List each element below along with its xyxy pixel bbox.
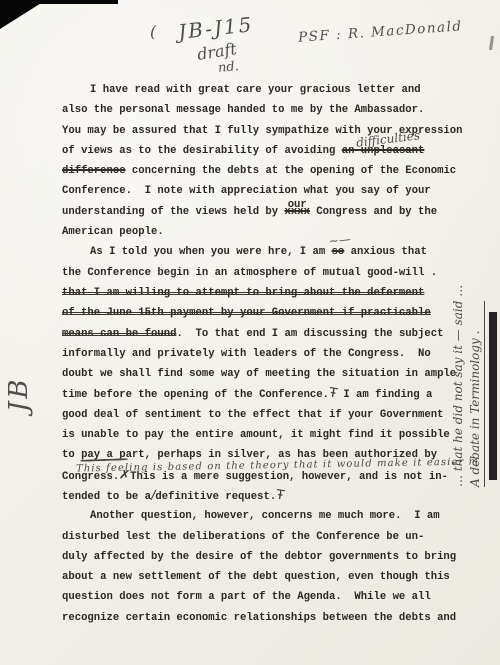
text-run: tended to be a — [62, 491, 151, 503]
document-line: Conference. I note with appreciation wha… — [62, 181, 474, 201]
text-run: understanding of the views held by — [62, 206, 285, 218]
document-line: of views as to the desirability of avoid… — [62, 141, 474, 161]
text-run: Another question, however, concerns me m… — [90, 510, 440, 522]
document-line: means can be found. To that end I am dis… — [62, 324, 474, 344]
struck-text: so — [332, 246, 345, 258]
document-line: duly affected by the desire of the debto… — [62, 547, 474, 567]
document-line: is unable to pay the entire amount, it m… — [62, 425, 474, 445]
document-line: of the June 15th payment by your Governm… — [62, 303, 474, 323]
paragraph: I have read with great care your graciou… — [62, 80, 474, 242]
document-line: question does not form a part of the Age… — [62, 587, 474, 607]
document-line: American people. — [62, 222, 474, 242]
struck-text-heavy: means can be found — [62, 328, 176, 340]
document-line: disturbed lest the deliberations of the … — [62, 527, 474, 547]
annotation-left-margin-initials: JB — [4, 376, 34, 412]
text-run: duly affected by the desire of the debto… — [62, 551, 456, 563]
pen-mark: Ŧ — [327, 384, 338, 405]
text-run: Congress and by the — [310, 206, 437, 218]
document-line: I have read with great care your graciou… — [62, 80, 474, 100]
paragraph: As I told you when you were hre, I am so… — [62, 242, 474, 506]
text-run: American people. — [62, 226, 164, 238]
text-run: doubt we shall find some way of meeting … — [62, 368, 456, 380]
text-run: of views as to the desirability of avoid… — [62, 145, 342, 157]
struck-text: difference — [62, 165, 126, 177]
annotation-psf-file: PSF : R. MacDonald — [298, 18, 463, 45]
document-line: that I am willing to attempt to bring ab… — [62, 283, 474, 303]
struck-text-heavy: that I am willing to attempt to bring ab… — [62, 287, 424, 299]
text-run: concerning the debts at the opening of t… — [126, 165, 457, 177]
document-line: Congress.✗This is a mere suggestion, how… — [62, 466, 474, 486]
text-run: is unable to pay the entire amount, it m… — [62, 429, 450, 441]
scan-artifact-edge-mark — [489, 36, 494, 50]
text-run: Conference. I note with appreciation wha… — [62, 185, 431, 197]
scanned-letter-page: ( JB-J15 draft nd. PSF : R. MacDonald JB… — [0, 0, 500, 665]
text-run: recognize certain economic relationships… — [62, 612, 456, 624]
scan-artifact-right-strip — [489, 312, 497, 480]
text-run: also the personal message handed to me b… — [62, 104, 424, 116]
text-run: the Conference begin in an atmosphere of… — [62, 267, 437, 279]
document-line: understanding of the views held by xxxxo… — [62, 202, 474, 222]
document-body: I have read with great care your graciou… — [62, 80, 474, 628]
edited-text: xxxxour — [285, 206, 310, 218]
text-run: I am finding a — [337, 389, 432, 401]
document-line: informally and privately with leaders of… — [62, 344, 474, 364]
text-run: question does not form a part of the Age… — [62, 591, 431, 603]
struck-text: an unpleasant — [342, 145, 425, 157]
inserted-word: ~— — [328, 234, 351, 248]
text-run: As I told you when you were hre, I am — [90, 246, 332, 258]
document-line: difference concerning the debts at the o… — [62, 161, 474, 181]
pen-mark: Ŧ — [275, 485, 286, 506]
document-line: Another question, however, concerns me m… — [62, 506, 474, 526]
text-run: I have read with great care your graciou… — [90, 84, 421, 96]
text-run: disturbed lest the deliberations of the … — [62, 531, 424, 543]
document-line: recognize certain economic relationships… — [62, 608, 474, 628]
edited-text: an unpleasantdifficulties — [342, 145, 425, 157]
document-line: good deal of sentiment to the effect tha… — [62, 405, 474, 425]
text-run: time before the opening of the Conferenc… — [62, 389, 329, 401]
document-line: the Conference begin in an atmosphere of… — [62, 263, 474, 283]
document-line: about a new settlement of the debt quest… — [62, 567, 474, 587]
text-run: definitive request. — [155, 491, 276, 503]
text-run: good deal of sentiment to the effect tha… — [62, 409, 443, 421]
scan-artifact-corner — [0, 0, 46, 29]
pen-mark: ( — [150, 22, 156, 41]
annotation-file-code: JB-J15 — [177, 12, 254, 44]
text-run: about a new settlement of the debt quest… — [62, 571, 450, 583]
document-line: time before the opening of the Conferenc… — [62, 384, 474, 404]
document-line: also the personal message handed to me b… — [62, 100, 474, 120]
edited-text: so~— — [332, 246, 345, 258]
document-line: tended to be a∕definitive request.Ŧ — [62, 486, 474, 506]
paragraph: Another question, however, concerns me m… — [62, 506, 474, 628]
inserted-word: our — [288, 195, 307, 215]
text-run: . To that end I am discussing the subjec… — [176, 328, 443, 340]
document-line: doubt we shall find some way of meeting … — [62, 364, 474, 384]
scan-artifact-top-edge — [0, 0, 118, 4]
text-run: informally and privately with leaders of… — [62, 348, 431, 360]
text-run: anxious that — [344, 246, 427, 258]
struck-text-heavy: of the June 15th payment by your Governm… — [62, 307, 431, 319]
annotation-nd: nd. — [217, 59, 239, 76]
document-line: As I told you when you were hre, I am so… — [62, 242, 474, 262]
